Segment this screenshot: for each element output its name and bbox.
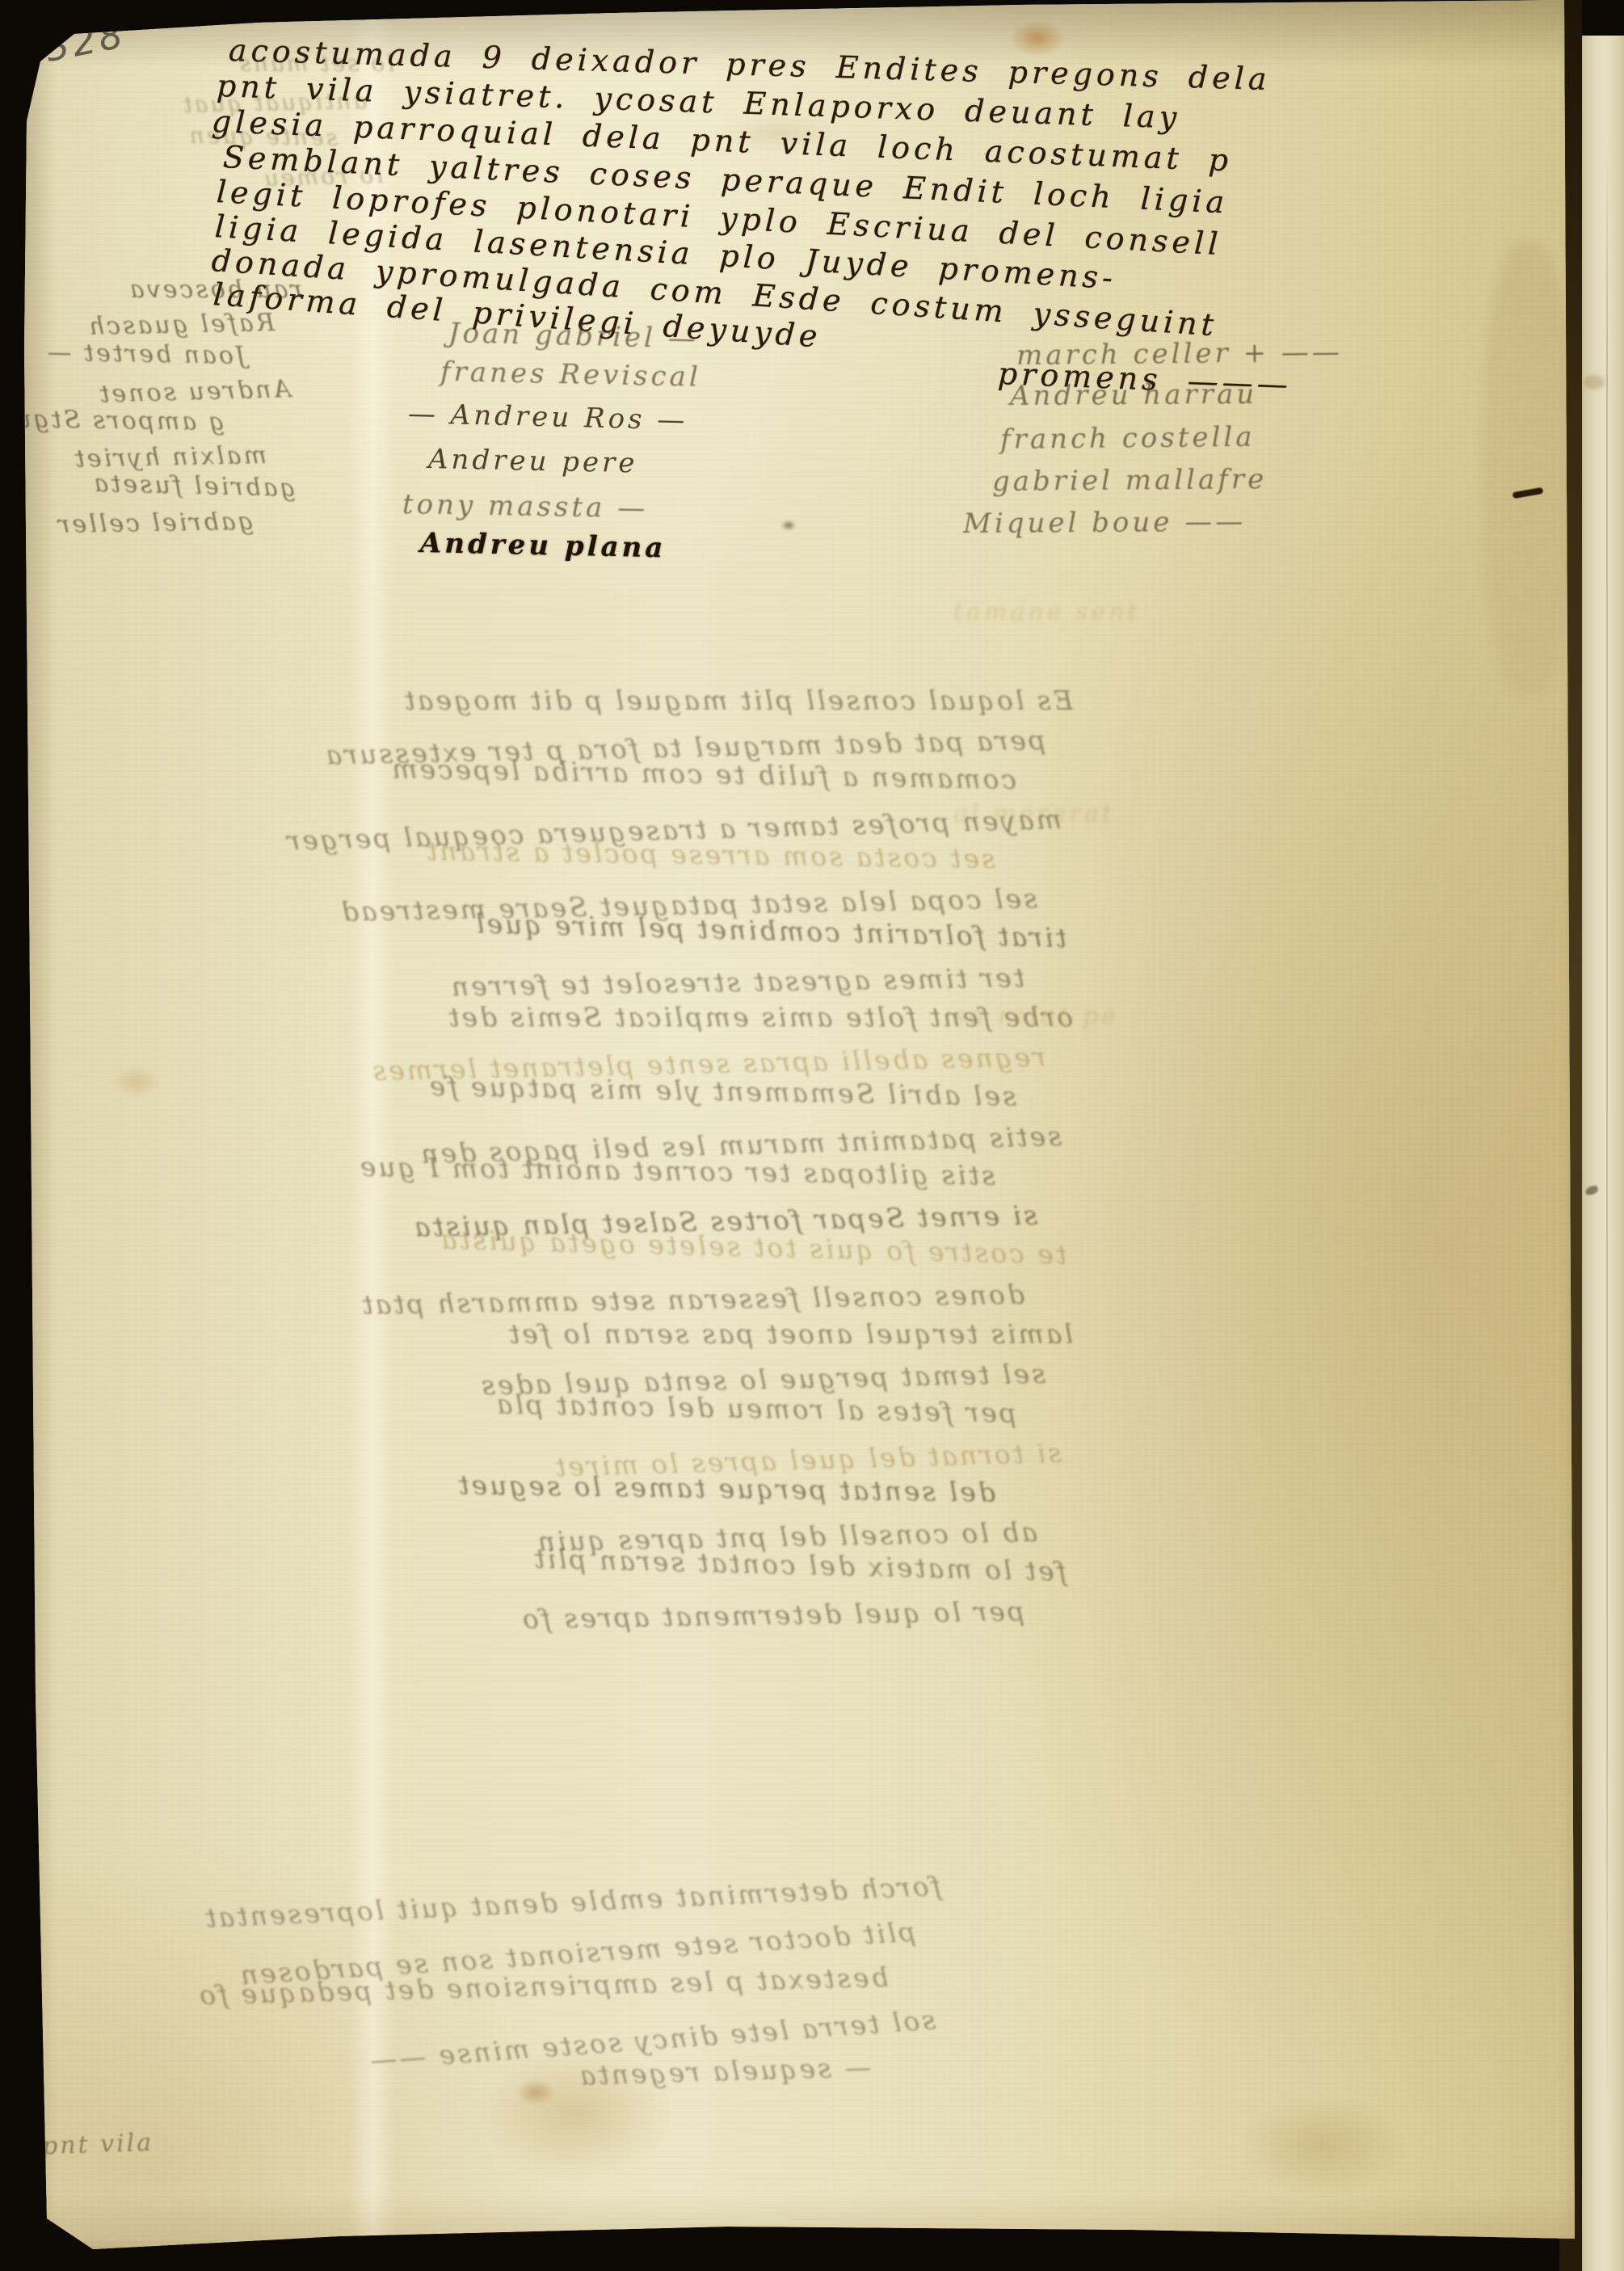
- signature-name: Andreu plana: [420, 527, 667, 564]
- signature-name: tony massta —: [402, 488, 649, 525]
- signature-name: — Andreu Ros —: [408, 398, 688, 436]
- signature-name: Andreu harrau: [1010, 378, 1257, 412]
- ink-speck: [777, 517, 800, 533]
- ink-mark: [1513, 487, 1544, 499]
- stain: [1210, 2077, 1437, 2214]
- showthrough-block-bottom: forch determinat emble denat quit lopres…: [116, 1864, 949, 2121]
- signature-name: gabriel mallafre: [992, 463, 1268, 498]
- signature-name: Miquel boue ——: [963, 506, 1246, 540]
- showthrough-block-body: Es loqual consell plit maguel p dit moge…: [95, 680, 1073, 1631]
- manuscript-page: 328 lo set mansantiquat quatsente quenlo…: [0, 0, 1624, 2271]
- showthrough-name: g ampors Stgue: [36, 403, 225, 439]
- facing-page-edge: [1577, 36, 1624, 2271]
- ink-smudge: [1584, 1185, 1599, 1197]
- page-crease: [1606, 133, 1608, 2153]
- manuscript-scan: 328 lo set mansantiquat quatsente quenlo…: [0, 0, 1624, 2271]
- signature-name: franes Reviscal: [440, 356, 702, 394]
- showthrough-line: per lo quel determenat apres fo: [95, 1591, 1025, 1645]
- showthrough-line: lamis terquel anoet pas seran lo fet: [95, 1314, 1073, 1354]
- signature-name: Joan gabriel —: [448, 317, 700, 356]
- showthrough-line: orbe fent folte amis emplicat Semis det: [95, 997, 1073, 1037]
- showthrough-line: pnt vila: [41, 2129, 154, 2161]
- showthrough-line: sa relat pe: [953, 1002, 1519, 1030]
- stain: [1584, 375, 1605, 390]
- signature-name: Andreu pere: [428, 443, 638, 479]
- showthrough-block-right: tamane sental meraratsa relat pe: [953, 598, 1519, 1204]
- signature-name: franch costella: [1000, 421, 1256, 456]
- showthrough-line: Es loqual consell plit maguel p dit moge…: [95, 680, 1073, 720]
- showthrough-name: gabriel celler: [36, 505, 255, 541]
- showthrough-name: rau bosceva: [36, 273, 302, 306]
- showthrough-line: tamane sent: [953, 598, 1519, 626]
- showthrough-line: al merarat: [953, 800, 1519, 828]
- showthrough-name: gabriel fuseta: [36, 466, 297, 505]
- showthrough-block-margin-names: rau boscevaRafel guaschJoan bertet —Andr…: [36, 273, 302, 538]
- signature-name: march celler + ——: [1016, 336, 1343, 372]
- showthrough-name: Joan bertet —: [36, 335, 246, 373]
